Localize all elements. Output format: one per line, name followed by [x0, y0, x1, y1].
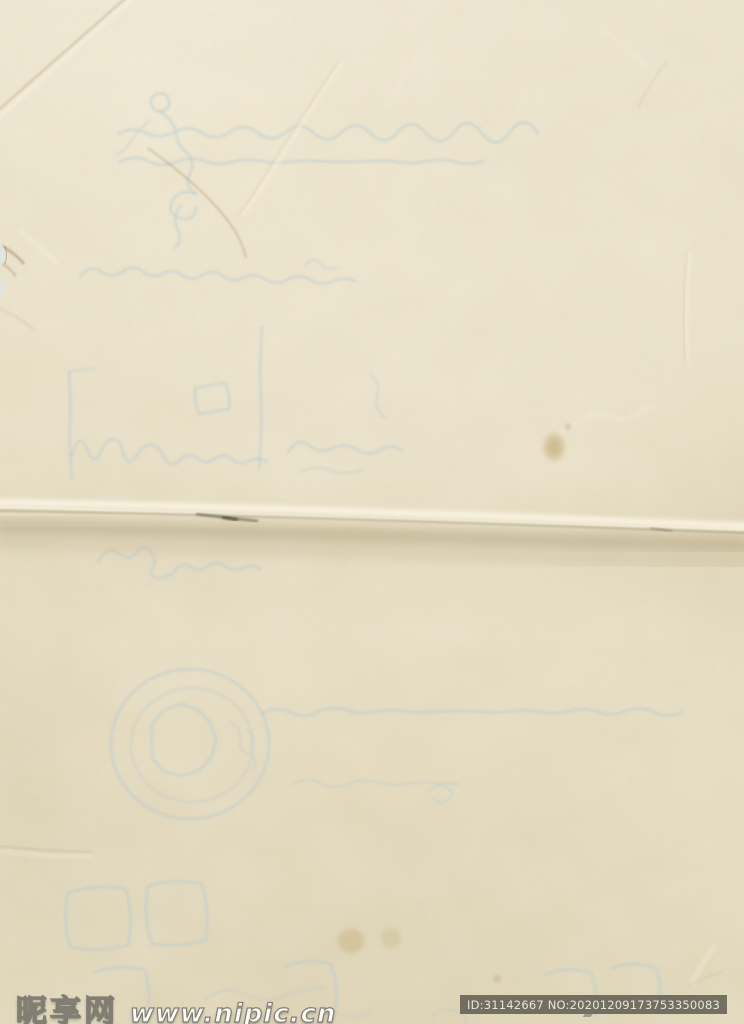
nipic-logo-text: 昵享网 [16, 986, 118, 1024]
watermark: 昵享网 www.nipic.cn [16, 986, 336, 1024]
paper-overlay-graphics [0, 0, 744, 1024]
nipic-url-text: www.nipic.cn [130, 999, 336, 1024]
image-id-badge: ID:31142667 NO:20201209173753350083 [460, 995, 727, 1014]
scanned-paper-page: 昵享网 www.nipic.cn ID:31142667 NO:20201209… [0, 0, 744, 1024]
paper-grain [0, 0, 744, 1024]
